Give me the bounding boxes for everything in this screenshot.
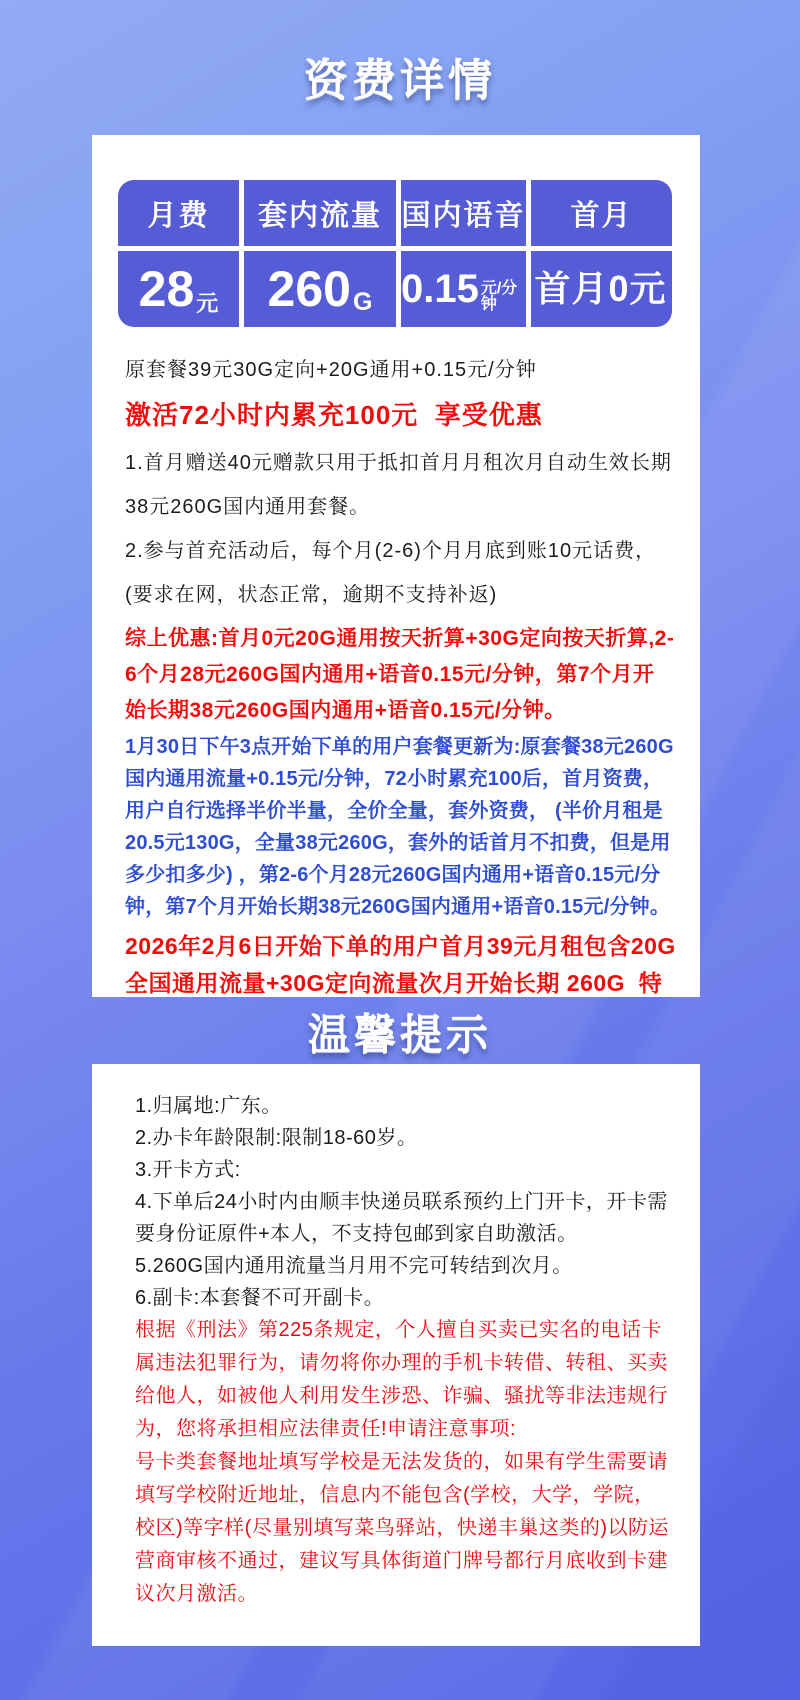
plan-update-jan30-text: 1月30日下午3点开始下单的用户套餐更新为:原套餐38元260G国内通用流量+0… [125, 731, 676, 923]
tip-item-activation-method: 3.开卡方式: [135, 1154, 670, 1186]
first-month-value: 首月0元 [531, 251, 672, 327]
pricing-detail-text: 原套餐39元30G定向+20G通用+0.15元/分钟 激活72小时内累充100元… [92, 327, 700, 997]
tips-list: 1.归属地:广东。 2.办卡年龄限制:限制18-60岁。 3.开卡方式: 4.下… [92, 1064, 700, 1611]
data-allowance-value: 260G [244, 251, 396, 327]
tip-item-delivery-activation: 4.下单后24小时内由顺丰快递员联系预约上门开卡，开卡需要身份证原件+本人，不支… [135, 1186, 670, 1250]
pricing-card: 月费 套内流量 国内语音 首月 28元 260G 0.15元/分钟 首月0元 原… [92, 135, 700, 997]
plan-table-header-data: 套内流量 [244, 180, 396, 246]
activation-offer-text: 激活72小时内累充100元 享受优惠 [125, 397, 676, 433]
tips-card: 1.归属地:广东。 2.办卡年龄限制:限制18-60岁。 3.开卡方式: 4.下… [92, 1064, 700, 1646]
summary-offer-text: 综上优惠:首月0元20G通用按天折算+30G定向按天折算,2-6个月28元260… [125, 621, 676, 729]
plan-table-header-voice: 国内语音 [401, 180, 526, 246]
pricing-details-title: 资费详情 [0, 44, 800, 108]
original-plan-text: 原套餐39元30G定向+20G通用+0.15元/分钟 [125, 355, 676, 385]
notice-2026-text: 2026年2月6日开始下单的用户首月39元月租包含20G全国通用流量+30G定向… [125, 928, 676, 997]
voice-rate-value: 0.15元/分钟 [401, 251, 526, 327]
legal-warning-text: 根据《刑法》第225条规定，个人擅自买卖已实名的电话卡属违法犯罪行为，请勿将你办… [135, 1314, 670, 1446]
tip-item-age-limit: 2.办卡年龄限制:限制18-60岁。 [135, 1122, 670, 1154]
tip-item-no-secondary-card: 6.副卡:本套餐不可开副卡。 [135, 1282, 670, 1314]
tip-item-location: 1.归属地:广东。 [135, 1090, 670, 1122]
tip-item-data-rollover: 5.260G国内通用流量当月用不完可转结到次月。 [135, 1250, 670, 1282]
plan-table: 月费 套内流量 国内语音 首月 28元 260G 0.15元/分钟 首月0元 [118, 180, 672, 327]
address-notice-text: 号卡类套餐地址填写学校是无法发货的，如果有学生需要请填写学校附近地址，信息内不能… [135, 1446, 670, 1611]
note-recharge-rebate: 2.参与首充活动后，每个月(2-6)个月月底到账10元话费，(要求在网，状态正常… [125, 529, 676, 617]
plan-table-header-monthly-fee: 月费 [118, 180, 239, 246]
tips-title: 温馨提示 [0, 1002, 800, 1062]
plan-table-header-first-month: 首月 [531, 180, 672, 246]
note-first-month-gift: 1.首月赠送40元赠款只用于抵扣首月月租次月自动生效长期38元260G国内通用套… [125, 441, 676, 529]
page: 资费详情 月费 套内流量 国内语音 首月 28元 260G 0.15元/分钟 首… [0, 0, 800, 1700]
monthly-fee-value: 28元 [118, 251, 239, 327]
